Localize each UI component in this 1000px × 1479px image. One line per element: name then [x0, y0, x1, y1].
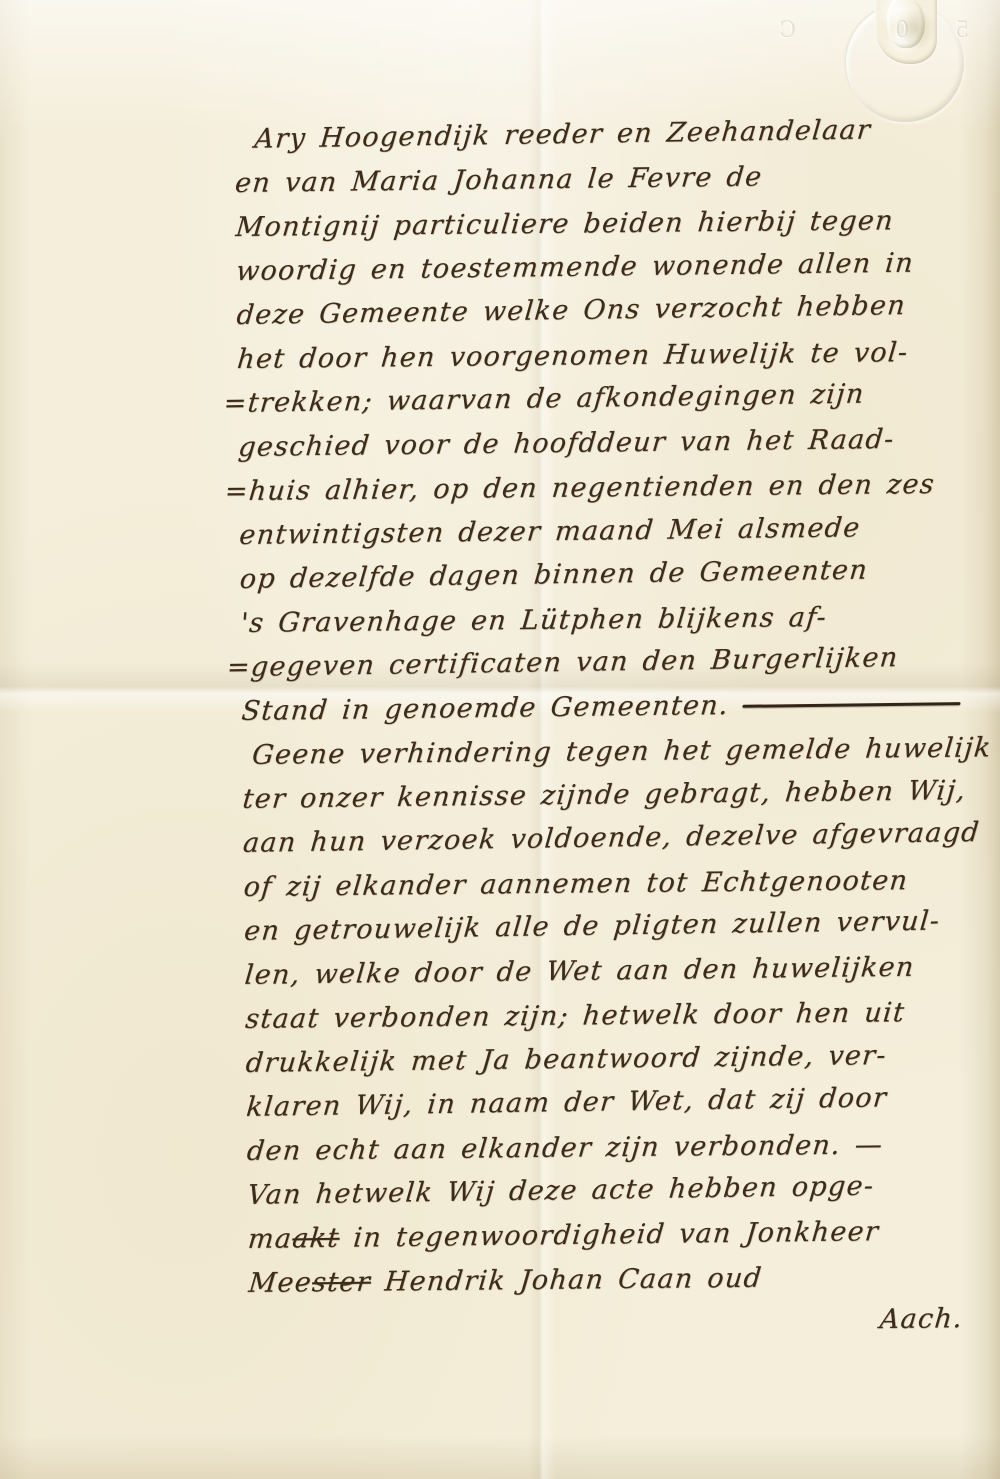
- text-run: en getrouwelijk alle de pligten zullen v…: [243, 906, 942, 947]
- manuscript-line: Aach.: [247, 1297, 995, 1350]
- ink-rule: [743, 702, 961, 708]
- text-run: in tegenwoordigheid van Jonkheer: [338, 1216, 880, 1254]
- manuscript-line: Stand in genoemde Gemeenten.: [240, 681, 988, 734]
- text-run: ma: [247, 1223, 294, 1255]
- text-run: Ary Hoogendijk reeder en Zeehandelaar: [253, 115, 872, 155]
- text-run: Montignij particuliere beiden hierbij te…: [234, 205, 895, 243]
- text-run: ter onzer kennisse zijnde gebragt, hebbe…: [241, 775, 967, 815]
- text-run: deze Gemeente welke Ons verzocht hebben: [235, 290, 907, 331]
- text-run: en van Maria Johanna le Fevre de: [234, 162, 764, 199]
- text-run: het door hen voorgenomen Huwelijk te vol…: [236, 337, 910, 375]
- manuscript-line: en van Maria Johanna le Fevre de: [233, 153, 981, 206]
- text-run: of zij elkander aannemen tot Echtgenoote…: [242, 865, 909, 903]
- text-run: =trekken; waarvan de afkondegingen zijn: [222, 379, 866, 420]
- seal-ring: [846, 4, 964, 122]
- text-run: len, welke door de Wet aan den huwelijke…: [243, 952, 916, 991]
- text-run: aan hun verzoek voldoende, dezelve afgev…: [242, 817, 982, 859]
- text-run: den echt aan elkander zijn verbonden. —: [246, 1129, 885, 1166]
- text-run: Stand in genoemde Gemeenten.: [240, 690, 730, 727]
- manuscript-line: len, welke door de Wet aan den huwelijke…: [243, 945, 991, 998]
- text-run: 's Gravenhage en Lütphen blijkens af-: [239, 602, 828, 639]
- manuscript-line: maakt in tegenwoordigheid van Jonkheer: [246, 1209, 994, 1262]
- strikethrough-run: ster: [311, 1267, 373, 1299]
- text-run: =huis alhier, op den negentienden en den…: [224, 469, 937, 507]
- text-run: Hendrik Johan Caan oud: [369, 1263, 763, 1298]
- strikethrough-run: akt: [291, 1223, 341, 1255]
- text-run: op dezelfde dagen binnen de Gemeenten: [239, 555, 870, 595]
- lion-crest-icon: [875, 0, 937, 64]
- seal-denomination: 50 C: [843, 18, 969, 43]
- text-run: Aach.: [878, 1303, 964, 1335]
- text-run: Geene verhindering tegen het gemelde huw…: [251, 732, 993, 771]
- text-run: Van hetwelk Wij deze acte hebben opge-: [246, 1171, 876, 1211]
- manuscript-line: geschied voor de hoofddeur van het Raad-: [236, 417, 984, 470]
- text-run: Mee: [247, 1267, 313, 1299]
- text-run: geschied voor de hoofddeur van het Raad-: [237, 424, 896, 463]
- manuscript-text-block: Ary Hoogendijk reeder en Zeehandelaaren …: [232, 109, 991, 1350]
- document-page: 50 C Ary Hoogendijk reeder en Zeehandela…: [0, 0, 1000, 1479]
- text-run: entwintigsten dezer maand Mei alsmede: [238, 512, 862, 551]
- text-run: drukkelijk met Ja beantwoord zijnde, ver…: [244, 1040, 888, 1079]
- text-run: staat verbonden zijn; hetwelk door hen u…: [244, 997, 907, 1035]
- text-run: =gegeven certificaten van den Burgerlijk…: [226, 642, 900, 683]
- text-run: klaren Wij, in naam der Wet, dat zij doo…: [245, 1082, 889, 1123]
- text-run: woordig en toestemmende wonende allen in: [235, 248, 916, 287]
